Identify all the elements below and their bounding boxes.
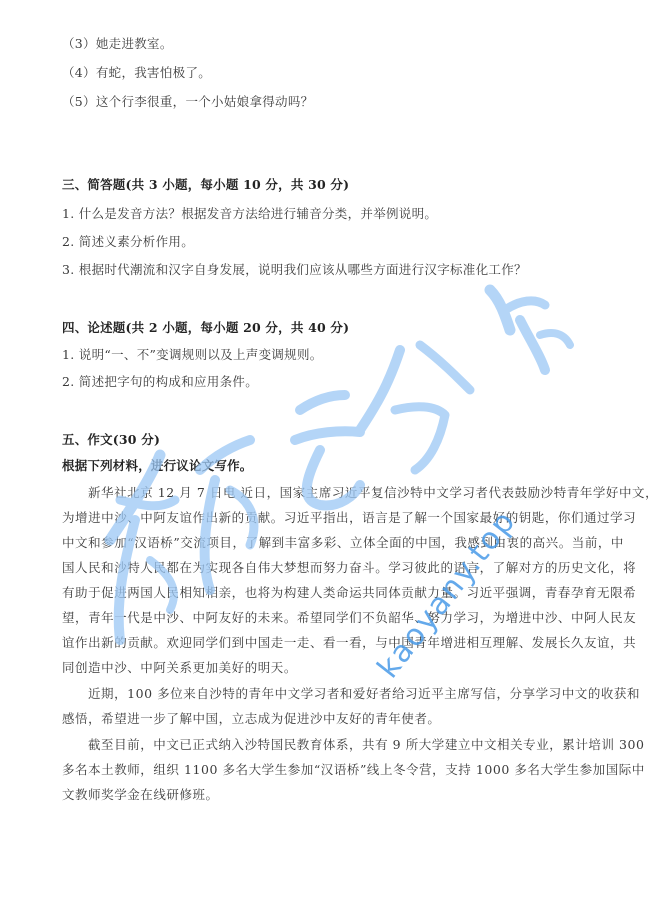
document-page: （3）她走进教室。 （4）有蛇，我害怕极了。 （5）这个行李很重，一个小姑娘拿得… bbox=[0, 0, 671, 902]
example-item: （3）她走进教室。 bbox=[62, 36, 173, 52]
question-item: 2. 简述义素分析作用。 bbox=[62, 234, 194, 250]
section-heading-short-answer: 三、简答题(共 3 小题，每小题 10 分，共 30 分) bbox=[62, 177, 349, 193]
material-paragraph-line: 有助于促进两国人民相知相亲，也将为构建人类命运共同体贡献力量。习近平强调，青春孕… bbox=[62, 585, 610, 601]
composition-instruction: 根据下列材料，进行议论文写作。 bbox=[62, 458, 253, 474]
material-paragraph-line: 国人民和沙特人民都在为实现各自伟大梦想而努力奋斗。学习彼此的语言，了解对方的历史… bbox=[62, 560, 610, 576]
material-paragraph-line: 文教师奖学金在线研修班。 bbox=[62, 787, 610, 803]
material-paragraph-line: 近期，100 多位来自沙特的青年中文学习者和爱好者给习近平主席写信，分享学习中文… bbox=[88, 686, 636, 702]
material-paragraph-line: 谊作出新的贡献。欢迎同学们到中国走一走、看一看，与中国青年增进相互理解、发展长久… bbox=[62, 635, 610, 651]
example-item: （5）这个行李很重，一个小姑娘拿得动吗？ bbox=[62, 94, 313, 110]
example-item: （4）有蛇，我害怕极了。 bbox=[62, 65, 211, 81]
material-paragraph-line: 多名本土教师，组织 1100 多名大学生参加“汉语桥”线上冬令营，支持 1000… bbox=[62, 762, 610, 778]
question-item: 1. 什么是发音方法？根据发音方法给进行辅音分类，并举例说明。 bbox=[62, 206, 437, 222]
question-item: 1. 说明“一、不”变调规则以及上声变调规则。 bbox=[62, 347, 323, 363]
material-paragraph-line: 中文和参加“汉语桥”交流项目，了解到丰富多彩、立体全面的中国，我感到由衷的高兴。… bbox=[62, 535, 610, 551]
material-paragraph-line: 同创造中沙、中阿关系更加美好的明天。 bbox=[62, 660, 610, 676]
material-paragraph-line: 望，青年一代是中沙、中阿友好的未来。希望同学们不负韶华、努力学习，为增进中沙、中… bbox=[62, 610, 610, 626]
material-paragraph-line: 截至目前，中文已正式纳入沙特国民教育体系，共有 9 所大学建立中文相关专业，累计… bbox=[88, 737, 636, 753]
section-heading-essay-questions: 四、论述题(共 2 小题，每小题 20 分，共 40 分) bbox=[62, 320, 349, 336]
material-paragraph-line: 为增进中沙、中阿友谊作出新的贡献。习近平指出，语言是了解一个国家最好的钥匙，你们… bbox=[62, 510, 610, 526]
material-paragraph-line: 感悟，希望进一步了解中国，立志成为促进沙中友好的青年使者。 bbox=[62, 711, 610, 727]
material-paragraph-line: 新华社北京 12 月 7 日电 近日，国家主席习近平复信沙特中文学习者代表鼓励沙… bbox=[88, 485, 636, 501]
question-item: 3. 根据时代潮流和汉字自身发展，说明我们应该从哪些方面进行汉字标准化工作？ bbox=[62, 262, 527, 278]
section-heading-composition: 五、作文(30 分) bbox=[62, 432, 160, 448]
question-item: 2. 简述把字句的构成和应用条件。 bbox=[62, 374, 258, 390]
